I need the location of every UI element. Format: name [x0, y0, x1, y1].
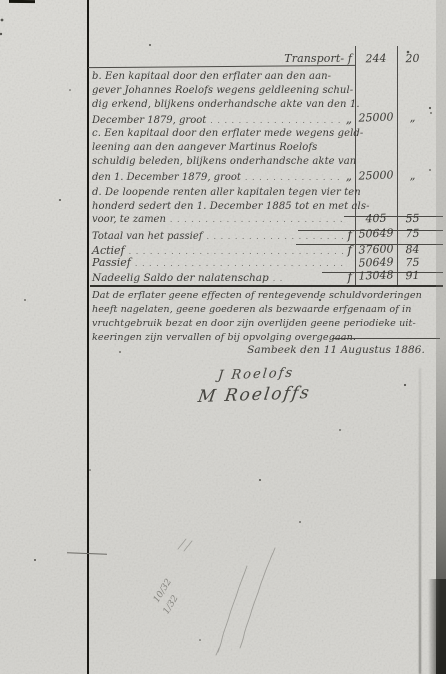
place-date-line: Sambeek den 11 Augustus 1886. — [180, 344, 425, 357]
ditto-mark: „ — [346, 169, 352, 183]
passief-cents: 75 — [399, 256, 426, 270]
entry-b-line4: December 1879, groot — [92, 115, 206, 126]
closing-line4: keeringen zijn vervallen of bij opvolgin… — [92, 331, 356, 344]
entry-b-line3: dig erkend, blijkens onderhandsche akte … — [92, 98, 360, 111]
entry-c-line4: den 1. December 1879, groot — [92, 172, 241, 183]
actief-row: Actief . . . . . . . . . . . . . . . . .… — [92, 243, 352, 257]
dot-leader: . . . . . . . . . . . . . . . . . . . . … — [129, 247, 344, 256]
entry-d-line1: d. De loopende renten aller kapitalen te… — [92, 186, 361, 199]
dot-leader: . . . . . . . . . . . . . . . . . . . . … — [245, 173, 342, 182]
ditto-mark: „ — [346, 112, 352, 126]
scan-corner-shadow — [428, 579, 446, 674]
totaal-guilders: 50649 — [356, 226, 396, 240]
saldo-cents: 91 — [399, 269, 426, 283]
rule-below-saldo — [90, 285, 443, 287]
florin-sign: f — [348, 270, 352, 284]
totaal-label: Totaal van het passief — [92, 231, 202, 242]
saldo-row: Nadeelig Saldo der nalatenschap . . f — [92, 270, 352, 284]
transport-label: Transport- f — [200, 52, 352, 65]
short-dot-leader: . . — [273, 274, 344, 283]
passief-row: Passief . . . . . . . . . . . . . . . . … — [92, 256, 352, 269]
passief-label: Passief — [92, 256, 131, 269]
entry-c-guilders: 25000 — [356, 168, 396, 182]
entry-c-cents: „ — [399, 169, 426, 183]
transport-guilders: 244 — [356, 51, 396, 65]
paper-crease — [419, 368, 421, 674]
entry-d-line2: honderd sedert den 1. December 1885 tot … — [92, 200, 370, 213]
dot-leader: . . . . . . . . . . . . . . . . . . . . … — [210, 116, 342, 125]
entry-b-cents: „ — [399, 111, 426, 125]
entry-b-guilders: 25000 — [356, 110, 396, 124]
florin-sign: f — [348, 243, 352, 257]
totaal-cents: 75 — [399, 227, 426, 241]
entry-c-amount-row: den 1. December 1879, groot . . . . . . … — [92, 169, 352, 183]
florin-sign: f — [348, 228, 352, 242]
scan-right-edge — [436, 0, 446, 674]
entry-b-amount-row: December 1879, groot . . . . . . . . . .… — [92, 112, 352, 126]
closing-line3: vruchtgebruik bezat en door zijn overlij… — [92, 317, 442, 330]
saldo-label: Nadeelig Saldo der nalatenschap — [92, 272, 269, 284]
left-margin-rule — [87, 0, 89, 674]
entry-c-line1: c. Een kapitaal door den erflater mede w… — [92, 127, 363, 140]
entry-d-guilders: 405 — [356, 211, 396, 225]
actief-cents: 84 — [399, 243, 426, 257]
cents-column-rule — [397, 46, 398, 287]
saldo-guilders: 13048 — [356, 268, 396, 282]
entry-d-amount-row: voor, te zamen . . . . . . . . . . . . .… — [92, 214, 352, 225]
signature-m-roeloffs: M Roeloffs — [197, 383, 313, 407]
entry-c-line2: leening aan den aangever Martinus Roelof… — [92, 141, 317, 154]
dot-leader: . . . . . . . . . . . . . . . . . . . . … — [206, 232, 343, 241]
entry-d-line3: voor, te zamen — [92, 214, 166, 225]
entry-b-line2: gever Johannes Roelofs wegens geldleenin… — [92, 84, 353, 97]
entry-b-line1: b. Een kapitaal door den erflater aan de… — [92, 70, 331, 83]
transport-cents: 20 — [399, 52, 426, 66]
scanned-document-page: Transport- f 244 20 b. Een kapitaal door… — [0, 0, 446, 674]
totaal-row: Totaal van het passief . . . . . . . . .… — [92, 228, 352, 242]
transport-underline — [88, 65, 355, 68]
closing-line2: heeft nagelaten, geene goederen als bezw… — [92, 303, 442, 316]
closing-line1: Dat de erflater geene effecten of renteg… — [92, 289, 442, 302]
entry-c-line3: schuldig beleden, blijkens onderhandsche… — [92, 155, 356, 168]
scan-edge-mark — [9, 0, 35, 3]
signature-j-roelofs: J Roelofs — [217, 366, 295, 384]
dot-leader: . . . . . . . . . . . . . . . . . . . . … — [135, 259, 348, 268]
entry-d-cents: 55 — [399, 212, 426, 226]
dot-leader: . . . . . . . . . . . . . . . . . . . . … — [170, 215, 348, 224]
